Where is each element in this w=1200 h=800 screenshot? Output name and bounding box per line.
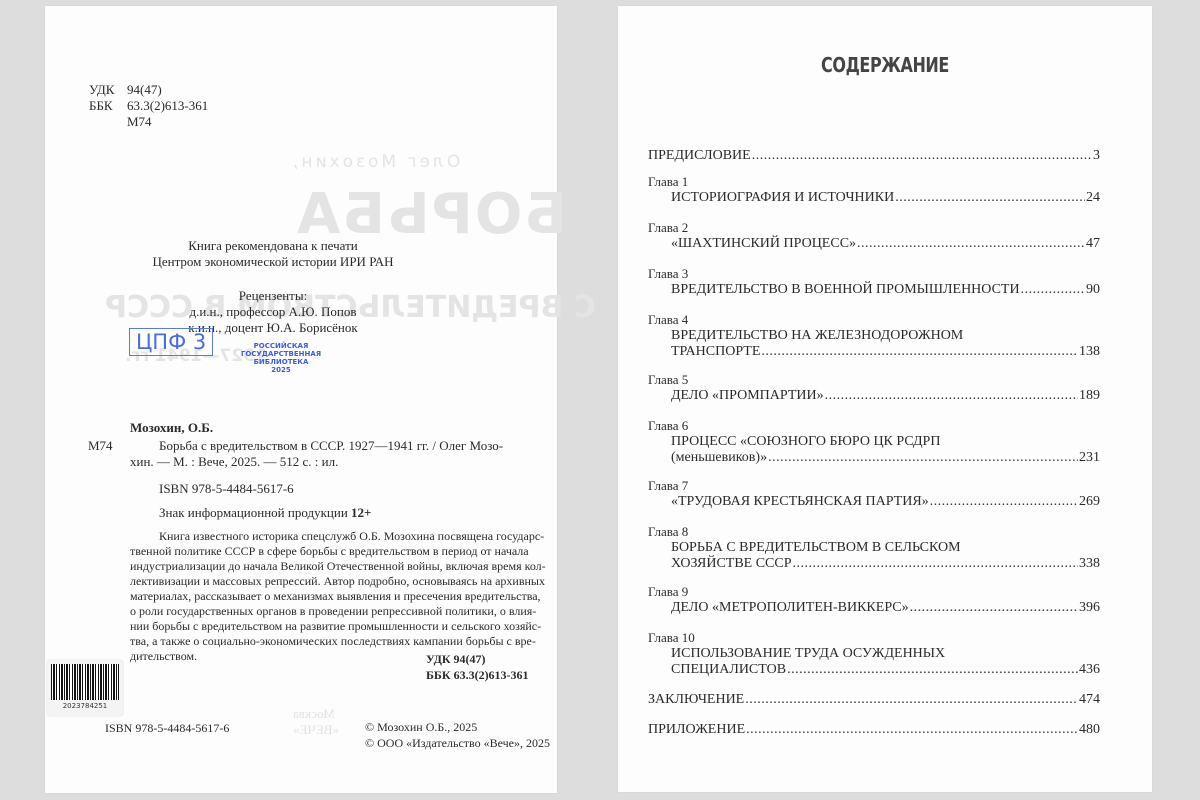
toc-entry-appendix[interactable]: ПРИЛОЖЕНИЕ 480 <box>648 722 1100 738</box>
toc-entry-title: (меньшевиков)» <box>671 450 767 466</box>
toc-entry-title: ТРАНСПОРТЕ <box>671 344 760 360</box>
toc-entry-title-line: ПРОЦЕСС «СОЮЗНОГО БЮРО ЦК РСДРП <box>671 434 940 450</box>
chapter-label: Глава 2 <box>648 220 688 235</box>
barcode-sticker: 2023784251 <box>47 660 123 716</box>
age-rating: Знак информационной продукции 12+ <box>159 505 371 520</box>
toc-entry-title: ДЕЛО «ПРОМПАРТИИ» <box>671 388 824 404</box>
bib-author: Мозохин, О.Б. <box>130 420 213 435</box>
toc-entry-title: ДЕЛО «МЕТРОПОЛИТЕН-ВИККЕРС» <box>671 600 909 616</box>
toc-entry-chapter-4[interactable]: ТРАНСПОРТЕ 138 <box>671 344 1100 360</box>
toc-entry-chapter-2[interactable]: «ШАХТИНСКИЙ ПРОЦЕСС» 47 <box>671 236 1100 252</box>
toc-page-number: 474 <box>1079 692 1100 708</box>
toc-entry-title: ВРЕДИТЕЛЬСТВО В ВОЕННОЙ ПРОМЫШЛЕННОСТИ <box>671 282 1020 298</box>
leader-dots <box>746 722 1078 738</box>
toc-entry-chapter-5[interactable]: ДЕЛО «ПРОМПАРТИИ» 189 <box>671 388 1100 404</box>
udk-value: 94(47) <box>127 82 162 97</box>
leader-dots <box>745 692 1078 708</box>
udk-label: УДК <box>89 82 114 97</box>
bbk-value: 63.3(2)613-361 <box>127 98 208 113</box>
recommendation-line-1: Книга рекомендована к печати <box>45 238 501 253</box>
chapter-label: Глава 8 <box>648 524 688 539</box>
toc-entry-preface[interactable]: ПРЕДИСЛОВИЕ 3 <box>648 148 1100 164</box>
author-mark: М74 <box>127 114 152 129</box>
bib-line-1: Борьба с вредительством в СССР. 1927—194… <box>159 438 503 453</box>
udk-bottom: УДК 94(47) <box>426 652 486 667</box>
reviewer-2: к.и.н., доцент Ю.А. Борисёнок <box>45 320 501 335</box>
library-stamp-line: РОССИЙСКАЯ <box>231 342 331 350</box>
toc-page-number: 269 <box>1079 494 1100 510</box>
show-through-author: Олег Мозохин, <box>290 152 460 172</box>
toc-entry-title: ПРЕДИСЛОВИЕ <box>648 148 751 164</box>
copyright-page: Олег Мозохин, БОРЬБА С ВРЕДИТЕЛЬСТВОМ В … <box>45 6 557 793</box>
toc-page-number: 189 <box>1079 388 1100 404</box>
toc-entry-chapter-1[interactable]: ИСТОРИОГРАФИЯ И ИСТОЧНИКИ 24 <box>671 190 1100 206</box>
toc-page-number: 480 <box>1079 722 1100 738</box>
toc-entry-title-line: ВРЕДИТЕЛЬСТВО НА ЖЕЛЕЗНОДОРОЖНОМ <box>671 328 963 344</box>
leader-dots <box>752 148 1092 164</box>
age-rating-label: Знак информационной продукции <box>159 505 348 520</box>
isbn-bottom: ISBN 978-5-4484-5617-6 <box>105 721 229 736</box>
toc-page-number: 436 <box>1079 662 1100 678</box>
toc-entry-chapter-9[interactable]: ДЕЛО «МЕТРОПОЛИТЕН-ВИККЕРС» 396 <box>671 600 1100 616</box>
toc-entry-title-line: БОРЬБА С ВРЕДИТЕЛЬСТВОМ В СЕЛЬСКОМ <box>671 540 961 556</box>
toc-page-number: 3 <box>1093 148 1100 164</box>
leader-dots <box>793 556 1078 572</box>
toc-title: СОДЕРЖАНИЕ <box>671 53 1098 77</box>
copyright-author: © Мозохин О.Б., 2025 <box>365 720 477 735</box>
toc-entry-chapter-3[interactable]: ВРЕДИТЕЛЬСТВО В ВОЕННОЙ ПРОМЫШЛЕННОСТИ 9… <box>671 282 1100 298</box>
annotation-line: нии борьбы с вредительством на развитие … <box>130 619 541 634</box>
annotation-line: о роли государственных органов в проведе… <box>130 604 536 619</box>
library-stamp-line: 2025 <box>231 366 331 374</box>
toc-entry-title: «ШАХТИНСКИЙ ПРОЦЕСС» <box>671 236 856 252</box>
leader-dots <box>761 344 1078 360</box>
leader-dots <box>930 494 1078 510</box>
annotation-line: тва, а также о социально-экономических п… <box>130 634 536 649</box>
recommendation-line-2: Центром экономической истории ИРИ РАН <box>45 254 501 269</box>
toc-entry-title: ХОЗЯЙСТВЕ СССР <box>671 556 792 572</box>
toc-entry-chapter-7[interactable]: «ТРУДОВАЯ КРЕСТЬЯНСКАЯ ПАРТИЯ» 269 <box>671 494 1100 510</box>
library-stamp-line: ГОСУДАРСТВЕННАЯ <box>231 350 331 358</box>
chapter-label: Глава 9 <box>648 584 688 599</box>
reviewers-heading: Рецензенты: <box>45 288 501 303</box>
leader-dots <box>910 600 1078 616</box>
leader-dots <box>1021 282 1085 298</box>
show-through-publisher: «ВЕЧЕ» <box>293 722 339 738</box>
toc-entry-title: СПЕЦИАЛИСТОВ <box>671 662 786 678</box>
copyright-publisher: © ООО «Издательство «Вече», 2025 <box>365 736 550 751</box>
toc-entry-title: ИСТОРИОГРАФИЯ И ИСТОЧНИКИ <box>671 190 894 206</box>
toc-page-number: 47 <box>1086 236 1100 252</box>
annotation-line: лективизации и массовых репрессий. Автор… <box>130 574 545 589</box>
toc-page-number: 396 <box>1079 600 1100 616</box>
library-stamp-line: БИБЛИОТЕКА <box>231 358 331 366</box>
bbk-bottom: ББК 63.3(2)613-361 <box>426 668 529 683</box>
bib-line-2: хин. — М. : Вече, 2025. — 512 с. : ил. <box>130 454 338 469</box>
toc-entry-title: «ТРУДОВАЯ КРЕСТЬЯНСКАЯ ПАРТИЯ» <box>671 494 929 510</box>
toc-page-number: 24 <box>1086 190 1100 206</box>
barcode-number: 2023784251 <box>47 702 123 710</box>
library-stamp: РОССИЙСКАЯ ГОСУДАРСТВЕННАЯ БИБЛИОТЕКА 20… <box>231 342 331 374</box>
leader-dots <box>825 388 1078 404</box>
toc-entry-chapter-10[interactable]: СПЕЦИАЛИСТОВ 436 <box>671 662 1100 678</box>
chapter-label: Глава 3 <box>648 266 688 281</box>
toc-page-number: 138 <box>1079 344 1100 360</box>
bbk-label: ББК <box>89 98 113 113</box>
annotation-line: дительством. <box>130 649 197 664</box>
cpf-stamp: ЦПФ 3 <box>129 328 213 356</box>
age-rating-value: 12+ <box>351 505 371 520</box>
toc-entry-chapter-8[interactable]: ХОЗЯЙСТВЕ СССР 338 <box>671 556 1100 572</box>
chapter-label: Глава 5 <box>648 372 688 387</box>
chapter-label: Глава 10 <box>648 630 695 645</box>
barcode-icon <box>51 664 119 700</box>
leader-dots <box>768 450 1078 466</box>
bib-mark: М74 <box>88 438 113 453</box>
toc-page-number: 338 <box>1079 556 1100 572</box>
toc-entry-conclusion[interactable]: ЗАКЛЮЧЕНИЕ 474 <box>648 692 1100 708</box>
toc-page-number: 90 <box>1086 282 1100 298</box>
annotation-line: материалах, рассказывает о механизмах вы… <box>130 589 541 604</box>
toc-entry-chapter-6[interactable]: (меньшевиков)» 231 <box>671 450 1100 466</box>
table-of-contents-page: СОДЕРЖАНИЕ ПРЕДИСЛОВИЕ 3 Глава 1 ИСТОРИО… <box>618 6 1152 792</box>
show-through-city: Москва <box>293 706 335 722</box>
chapter-label: Глава 6 <box>648 418 688 433</box>
reviewer-1: д.и.н., профессор А.Ю. Попов <box>45 304 501 319</box>
bib-isbn: ISBN 978-5-4484-5617-6 <box>159 481 294 496</box>
chapter-label: Глава 7 <box>648 478 688 493</box>
annotation-line: твенной политике СССР в сфере борьбы с в… <box>130 544 529 559</box>
chapter-label: Глава 4 <box>648 312 688 327</box>
leader-dots <box>895 190 1085 206</box>
toc-entry-title: ЗАКЛЮЧЕНИЕ <box>648 692 744 708</box>
toc-entry-title: ПРИЛОЖЕНИЕ <box>648 722 745 738</box>
chapter-label: Глава 1 <box>648 174 688 189</box>
annotation-line: индустриализации до начала Великой Отече… <box>130 559 546 574</box>
toc-page-number: 231 <box>1079 450 1100 466</box>
leader-dots <box>857 236 1085 252</box>
toc-entry-title-line: ИСПОЛЬЗОВАНИЕ ТРУДА ОСУЖДЕННЫХ <box>671 646 945 662</box>
annotation-line: Книга известного историка спецслужб О.Б.… <box>159 529 544 544</box>
leader-dots <box>787 662 1078 678</box>
